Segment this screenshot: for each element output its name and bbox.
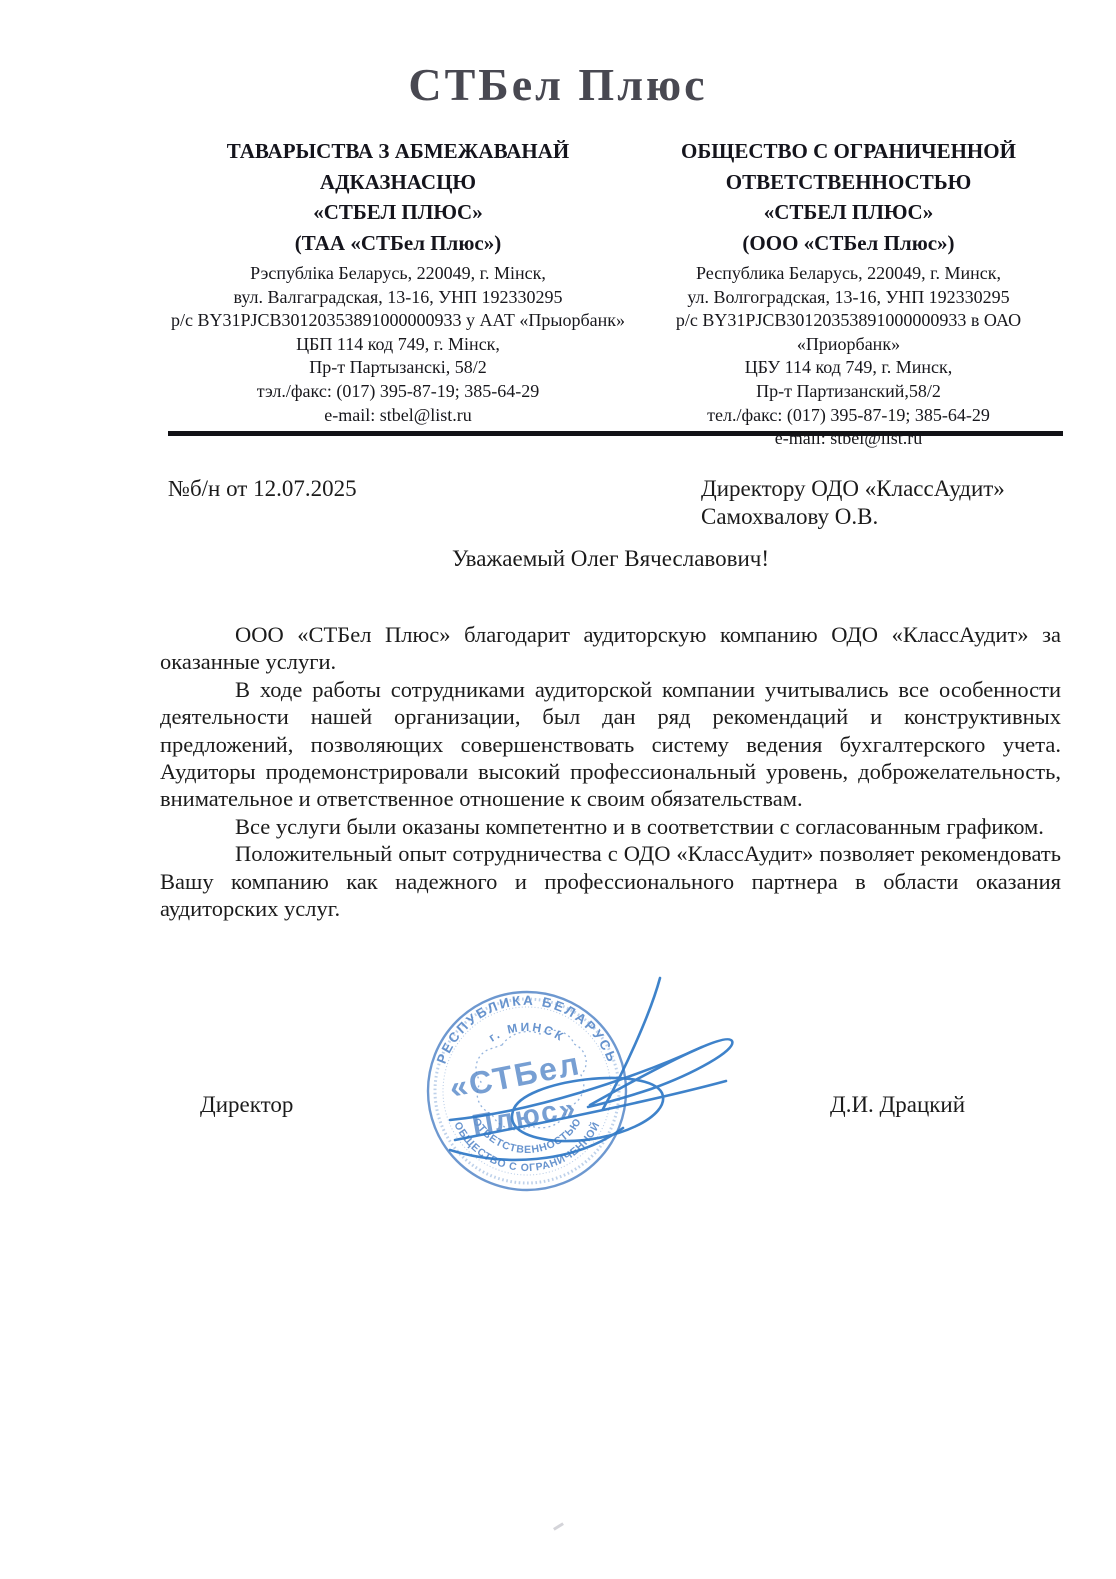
greeting: Уважаемый Олег Вячеславович! bbox=[160, 546, 1061, 572]
bank-address-line: Пр-т Партизанский,58/2 bbox=[636, 380, 1061, 404]
stamp-graphic: РЕСПУБЛИКА БЕЛАРУСЬ г. МИНСК ОБЩЕСТВО С … bbox=[410, 973, 930, 1245]
addressee-name: Самохвалову О.В. bbox=[701, 503, 1005, 531]
letterhead-divider bbox=[168, 431, 1063, 436]
company-details-by: Рэспубліка Беларусь, 220049, г. Мінск, в… bbox=[160, 262, 636, 427]
letter-number-date: №б/н от 12.07.2025 bbox=[168, 476, 357, 502]
body-paragraph: ООО «СТБел Плюс» благодарит аудиторскую … bbox=[160, 621, 1061, 676]
company-name-by-line: АДКАЗНАСЦЮ bbox=[160, 167, 636, 198]
company-name-by-line: (ТАА «СТБел Плюс») bbox=[160, 228, 636, 259]
signatory-position: Директор bbox=[200, 1092, 293, 1118]
scan-artifact bbox=[553, 1522, 564, 1530]
company-name-ru-line: ОТВЕТСТВЕННОСТЬЮ bbox=[636, 167, 1061, 198]
address-line: ул. Волгоградская, 13-16, УНП 192330295 bbox=[636, 286, 1061, 310]
company-name-ru-line: «СТБЕЛ ПЛЮС» bbox=[636, 197, 1061, 228]
company-name-ru-line: (ООО «СТБел Плюс») bbox=[636, 228, 1061, 259]
phone-line: тэл./факс: (017) 395-87-19; 385-64-29 bbox=[160, 380, 636, 404]
body-paragraph: Положительный опыт сотрудничества с ОДО … bbox=[160, 840, 1061, 922]
company-details-ru: Республика Беларусь, 220049, г. Минск, у… bbox=[636, 262, 1061, 451]
company-name-by-line: ТАВАРЫСТВА З АБМЕЖАВАНАЙ bbox=[160, 136, 636, 167]
bank-account-line: р/с BY31PJCB30120353891000000933 в ОАО «… bbox=[636, 309, 1061, 356]
bank-account-line: р/с BY31PJCB30120353891000000933 у ААТ «… bbox=[160, 309, 636, 333]
letterhead-belarusian: ТАВАРЫСТВА З АБМЕЖАВАНАЙ АДКАЗНАСЦЮ «СТБ… bbox=[160, 136, 636, 451]
stamp-city-text: г. МИНСК bbox=[486, 1020, 568, 1045]
address-line: вул. Валгаградская, 13-16, УНП 192330295 bbox=[160, 286, 636, 310]
bank-branch-line: ЦБП 114 код 749, г. Мінск, bbox=[160, 333, 636, 357]
body-paragraph: Все услуги были оказаны компетентно и в … bbox=[160, 813, 1061, 840]
letterhead: ТАВАРЫСТВА З АБМЕЖАВАНАЙ АДКАЗНАСЦЮ «СТБ… bbox=[160, 136, 1061, 451]
letter-body: ООО «СТБел Плюс» благодарит аудиторскую … bbox=[160, 621, 1061, 922]
addressee-block: Директору ОДО «КлассАудит» Самохвалову О… bbox=[701, 475, 1005, 531]
company-name-ru-line: ОБЩЕСТВО С ОГРАНИЧЕННОЙ bbox=[636, 136, 1061, 167]
body-paragraph: В ходе работы сотрудниками аудиторской к… bbox=[160, 676, 1061, 813]
address-line: Рэспубліка Беларусь, 220049, г. Мінск, bbox=[160, 262, 636, 286]
bank-address-line: Пр-т Партызанскі, 58/2 bbox=[160, 356, 636, 380]
email-line: e-mail: stbel@list.ru bbox=[160, 404, 636, 428]
stamp-and-signature: РЕСПУБЛИКА БЕЛАРУСЬ г. МИНСК ОБЩЕСТВО С … bbox=[410, 973, 930, 1245]
letterhead-russian: ОБЩЕСТВО С ОГРАНИЧЕННОЙ ОТВЕТСТВЕННОСТЬЮ… bbox=[636, 136, 1061, 451]
addressee-title: Директору ОДО «КлассАудит» bbox=[701, 475, 1005, 503]
address-line: Республика Беларусь, 220049, г. Минск, bbox=[636, 262, 1061, 286]
company-name-by-line: «СТБЕЛ ПЛЮС» bbox=[160, 197, 636, 228]
phone-line: тел./факс: (017) 395-87-19; 385-64-29 bbox=[636, 404, 1061, 428]
company-logo: СТБел Плюс bbox=[0, 58, 1116, 111]
bank-branch-line: ЦБУ 114 код 749, г. Минск, bbox=[636, 356, 1061, 380]
letter-page: СТБел Плюс ТАВАРЫСТВА З АБМЕЖАВАНАЙ АДКА… bbox=[0, 0, 1116, 1579]
